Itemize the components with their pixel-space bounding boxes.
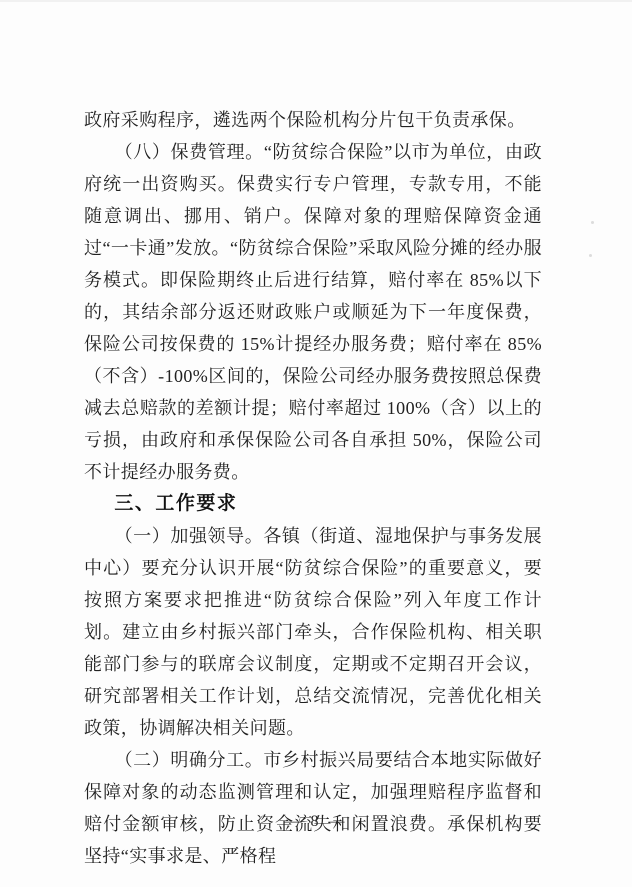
paragraph-procurement-continuation: 政府采购程序，遴选两个保险机构分片包干负责承保。 — [84, 104, 542, 136]
scan-speck — [589, 254, 592, 257]
scan-top-edge — [0, 0, 632, 2]
page-footer: — 8 — — [0, 812, 632, 832]
page-number: — 8 — — [285, 813, 348, 830]
heading-work-requirements: 三、工作要求 — [84, 488, 542, 520]
paragraph-premium-management: （八）保费管理。“防贫综合保险”以市为单位，由政府统一出资购买。保费实行专户管理… — [84, 136, 542, 488]
document-page: 政府采购程序，遴选两个保险机构分片包干负责承保。 （八）保费管理。“防贫综合保险… — [0, 0, 632, 887]
paragraph-clarify-division: （二）明确分工。市乡村振兴局要结合本地实际做好保障对象的动态监测管理和认定，加强… — [84, 744, 542, 872]
paragraph-strengthen-leadership: （一）加强领导。各镇（街道、湿地保护与事务发展中心）要充分认识开展“防贫综合保险… — [84, 520, 542, 744]
scan-speck — [591, 221, 594, 224]
document-body: 政府采购程序，遴选两个保险机构分片包干负责承保。 （八）保费管理。“防贫综合保险… — [84, 104, 542, 872]
